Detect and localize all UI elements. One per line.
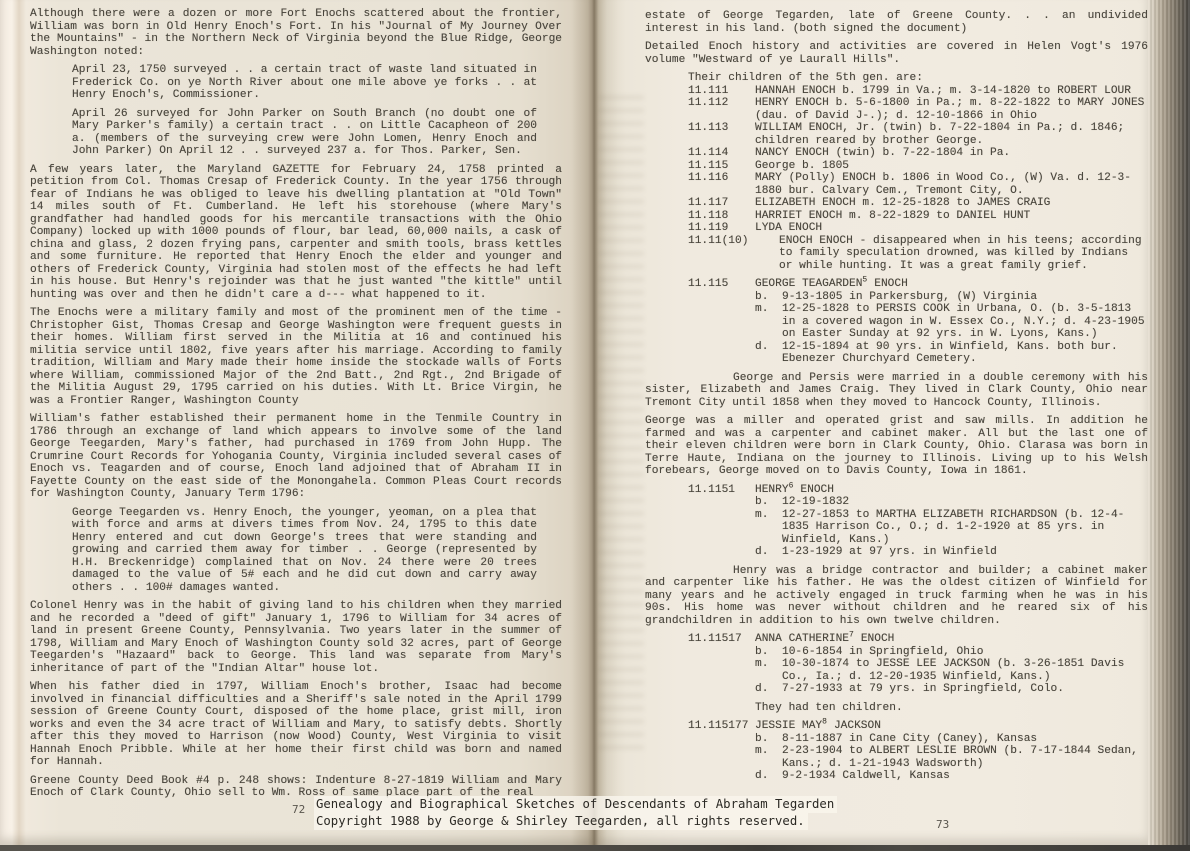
- quote-block: George Teegarden vs. Henry Enoch, the yo…: [72, 507, 537, 595]
- section-name: HENRY6ENOCH: [755, 484, 834, 497]
- person-surname: ENOCH: [861, 633, 895, 645]
- paragraph: Detailed Enoch history and activities ar…: [645, 41, 1148, 66]
- list-item: 11.111 HANNAH ENOCH b. 1799 in Va.; m. 3…: [645, 85, 1148, 98]
- section-anna-catherine-enoch: 11.11517 ANNA CATHERINE7ENOCH b. 10-6-18…: [645, 633, 1148, 714]
- child-number: 11.111: [688, 85, 755, 98]
- section-heading: 11.1151 HENRY6ENOCH: [645, 484, 1148, 497]
- ten-children-note: They had ten children.: [755, 702, 1148, 715]
- event-label: b.: [755, 733, 782, 746]
- event-text: 9-2-1934 Caldwell, Kansas: [782, 770, 1148, 783]
- event-row: m. 2-23-1904 to ALBERT LESLIE BROWN (b. …: [755, 745, 1148, 770]
- section-number: 11.115: [688, 278, 755, 291]
- event-label: b.: [755, 291, 782, 304]
- event-row: d. 9-2-1934 Caldwell, Kansas: [755, 770, 1148, 783]
- page-number-right: 73: [936, 818, 949, 831]
- person-name: JESSIE MAY: [755, 720, 822, 732]
- event-row: d. 1-23-1929 at 97 yrs. in Winfield: [755, 546, 1148, 559]
- page-number-left: 72: [292, 803, 305, 816]
- section-name: JESSIE MAY8JACKSON: [755, 720, 881, 733]
- event-label: b.: [755, 496, 782, 509]
- list-item: 11.114 NANCY ENOCH (twin) b. 7-22-1804 i…: [645, 147, 1148, 160]
- person-surname: ENOCH: [800, 484, 834, 496]
- event-row: m. 12-27-1853 to MARTHA ELIZABETH RICHAR…: [755, 509, 1148, 547]
- generation-superscript: 7: [849, 630, 854, 639]
- child-number: 11.118: [688, 210, 755, 223]
- paragraph: George and Persis were married in a doub…: [645, 372, 1148, 410]
- event-text: 12-27-1853 to MARTHA ELIZABETH RICHARDSO…: [782, 509, 1148, 547]
- paragraph: estate of George Tegarden, late of Green…: [645, 10, 1148, 35]
- event-text: 12-25-1828 to PERSIS COOK in Urbana, O. …: [782, 303, 1148, 341]
- children-list-intro: Their children of the 5th gen. are:: [688, 72, 1148, 85]
- child-number: 11.114: [688, 147, 755, 160]
- child-text: ENOCH ENOCH - disappeared when in his te…: [755, 235, 1148, 273]
- book-scan: Although there were a dozen or more Fort…: [0, 0, 1190, 851]
- caption-line-1: Genealogy and Biographical Sketches of D…: [314, 796, 837, 813]
- child-text: WILLIAM ENOCH, Jr. (twin) b. 7-22-1804 i…: [755, 122, 1148, 147]
- event-label: m.: [755, 745, 782, 770]
- list-item: 11.118 HARRIET ENOCH m. 8-22-1829 to DAN…: [645, 210, 1148, 223]
- section-number: 11.11517: [688, 633, 755, 646]
- event-text: 7-27-1933 at 79 yrs. in Springfield, Col…: [782, 683, 1148, 696]
- person-surname: JACKSON: [834, 720, 881, 732]
- child-text: HANNAH ENOCH b. 1799 in Va.; m. 3-14-182…: [755, 85, 1148, 98]
- generation-superscript: 5: [862, 275, 867, 284]
- list-item: 11.112 HENRY ENOCH b. 5-6-1800 in Pa.; m…: [645, 97, 1148, 122]
- event-text: 1-23-1929 at 97 yrs. in Winfield: [782, 546, 1148, 559]
- event-row: m. 10-30-1874 to JESSE LEE JACKSON (b. 3…: [755, 658, 1148, 683]
- caption-line-2: Copyright 1988 by George & Shirley Teega…: [314, 813, 808, 830]
- event-text: 2-23-1904 to ALBERT LESLIE BROWN (b. 7-1…: [782, 745, 1148, 770]
- child-text: HARRIET ENOCH m. 8-22-1829 to DANIEL HUN…: [755, 210, 1148, 223]
- event-label: m.: [755, 509, 782, 547]
- list-item: 11.117 ELIZABETH ENOCH m. 12-25-1828 to …: [645, 197, 1148, 210]
- list-item: 11.115 George b. 1805: [645, 160, 1148, 173]
- child-text: HENRY ENOCH b. 5-6-1800 in Pa.; m. 8-22-…: [755, 97, 1148, 122]
- person-name: GEORGE TEAGARDEN: [755, 278, 862, 290]
- event-label: m.: [755, 303, 782, 341]
- child-number: 11.119: [688, 222, 755, 235]
- person-name: ANNA CATHERINE: [755, 633, 849, 645]
- list-item: 11.116 MARY (Polly) ENOCH b. 1806 in Woo…: [645, 172, 1148, 197]
- event-row: b. 12-19-1832: [755, 496, 1148, 509]
- child-number: 11.11(10): [688, 235, 755, 273]
- event-text: 10-30-1874 to JESSE LEE JACKSON (b. 3-26…: [782, 658, 1148, 683]
- list-item: 11.113 WILLIAM ENOCH, Jr. (twin) b. 7-22…: [645, 122, 1148, 147]
- child-text: George b. 1805: [755, 160, 1148, 173]
- person-name: HENRY: [755, 484, 789, 496]
- paragraph: Colonel Henry was in the habit of giving…: [30, 600, 562, 675]
- child-text: MARY (Polly) ENOCH b. 1806 in Wood Co., …: [755, 172, 1148, 197]
- footer: 72 Genealogy and Biographical Sketches o…: [0, 794, 1190, 846]
- paragraph: When his father died in 1797, William En…: [30, 681, 562, 769]
- child-number: 11.116: [688, 172, 755, 197]
- event-row: b. 10-6-1854 in Springfield, Ohio: [755, 646, 1148, 659]
- section-heading: 11.11517 ANNA CATHERINE7ENOCH: [645, 633, 1148, 646]
- quote-block: April 26 surveyed for John Parker on Sou…: [72, 108, 537, 158]
- event-label: d.: [755, 341, 782, 366]
- generation-superscript: 8: [822, 717, 827, 726]
- section-name: GEORGE TEAGARDEN5ENOCH: [755, 278, 908, 291]
- event-text: 8-11-1887 in Cane City (Caney), Kansas: [782, 733, 1148, 746]
- right-page-text: estate of George Tegarden, late of Green…: [645, 10, 1148, 783]
- event-label: m.: [755, 658, 782, 683]
- paragraph: George was a miller and operated grist a…: [645, 415, 1148, 478]
- section-number: 11.1151: [688, 484, 755, 497]
- list-item: 11.119 LYDA ENOCH: [645, 222, 1148, 235]
- paragraph: The Enochs were a military family and mo…: [30, 307, 562, 407]
- section-heading: 11.115 GEORGE TEAGARDEN5ENOCH: [645, 278, 1148, 291]
- section-henry-enoch: 11.1151 HENRY6ENOCH b. 12-19-1832 m. 12-…: [645, 484, 1148, 559]
- child-number: 11.112: [688, 97, 755, 122]
- person-surname: ENOCH: [874, 278, 908, 290]
- child-text: NANCY ENOCH (twin) b. 7-22-1804 in Pa.: [755, 147, 1148, 160]
- paragraph: William's father established their perma…: [30, 413, 562, 501]
- event-row: d. 12-15-1894 at 90 yrs. in Winfield, Ka…: [755, 341, 1148, 366]
- section-jessie-may-jackson: 11.115177 JESSIE MAY8JACKSON b. 8-11-188…: [645, 720, 1148, 783]
- section-george-teagarden-enoch: 11.115 GEORGE TEAGARDEN5ENOCH b. 9-13-18…: [645, 278, 1148, 366]
- fore-edge-pages: [1148, 0, 1190, 851]
- paragraph: Although there were a dozen or more Fort…: [30, 8, 562, 58]
- list-item: 11.11(10) ENOCH ENOCH - disappeared when…: [645, 235, 1148, 273]
- child-text: LYDA ENOCH: [755, 222, 1148, 235]
- section-name: ANNA CATHERINE7ENOCH: [755, 633, 894, 646]
- event-row: b. 8-11-1887 in Cane City (Caney), Kansa…: [755, 733, 1148, 746]
- section-number: 11.115177: [688, 720, 755, 733]
- event-row: b. 9-13-1805 in Parkersburg, (W) Virgini…: [755, 291, 1148, 304]
- children-list: 11.111 HANNAH ENOCH b. 1799 in Va.; m. 3…: [645, 85, 1148, 273]
- event-text: 12-15-1894 at 90 yrs. in Winfield, Kans.…: [782, 341, 1148, 366]
- event-label: d.: [755, 683, 782, 696]
- event-label: b.: [755, 646, 782, 659]
- event-text: 10-6-1854 in Springfield, Ohio: [782, 646, 1148, 659]
- event-text: 9-13-1805 in Parkersburg, (W) Virginia: [782, 291, 1148, 304]
- book-caption: Genealogy and Biographical Sketches of D…: [314, 796, 974, 830]
- event-row: m. 12-25-1828 to PERSIS COOK in Urbana, …: [755, 303, 1148, 341]
- child-number: 11.115: [688, 160, 755, 173]
- child-number: 11.113: [688, 122, 755, 147]
- paragraph: A few years later, the Maryland GAZETTE …: [30, 164, 562, 302]
- section-heading: 11.115177 JESSIE MAY8JACKSON: [645, 720, 1148, 733]
- child-text: ELIZABETH ENOCH m. 12-25-1828 to JAMES C…: [755, 197, 1148, 210]
- event-text: 12-19-1832: [782, 496, 1148, 509]
- left-page-text: Although there were a dozen or more Fort…: [30, 8, 562, 800]
- event-row: d. 7-27-1933 at 79 yrs. in Springfield, …: [755, 683, 1148, 696]
- quote-block: April 23, 1750 surveyed . . a certain tr…: [72, 64, 537, 102]
- generation-superscript: 6: [789, 481, 794, 490]
- event-label: d.: [755, 770, 782, 783]
- paragraph: Henry was a bridge contractor and builde…: [645, 565, 1148, 628]
- event-label: d.: [755, 546, 782, 559]
- child-number: 11.117: [688, 197, 755, 210]
